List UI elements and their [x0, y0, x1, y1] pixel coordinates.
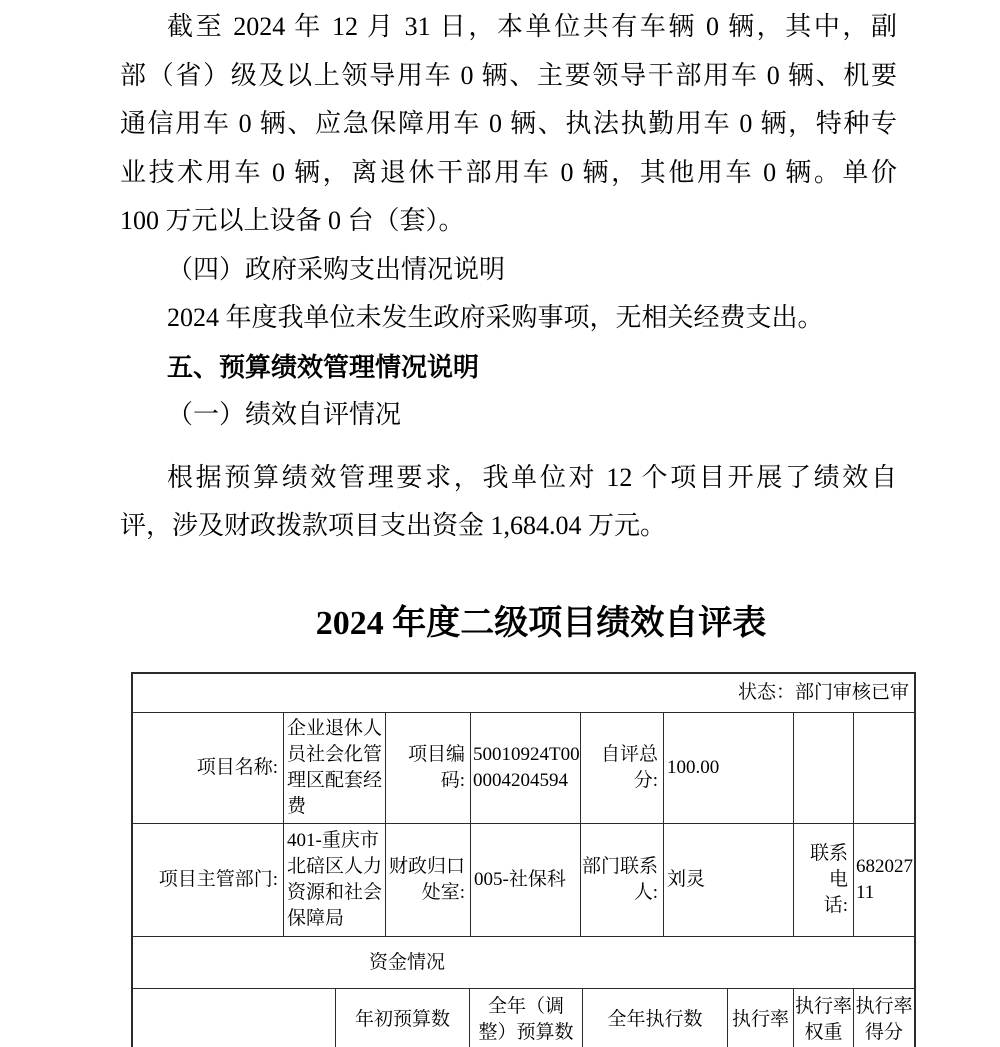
- doc-line-2: 部（省）级及以上领导用车 0 辆、主要领导干部用车 0 辆、机要: [120, 52, 897, 101]
- status-text: 状态：部门审核已审: [133, 674, 914, 712]
- project-code-value: 50010924T000004204594: [471, 713, 581, 823]
- doc-line-10: 根据预算绩效管理要求，我单位对 12 个项目开展了绩效自: [120, 454, 897, 503]
- doc-line-3: 通信用车 0 辆、应急保障用车 0 辆、执法执勤用车 0 辆，特种专: [120, 100, 897, 149]
- self-eval-score-label: 自评总 分:: [581, 713, 664, 823]
- project-name-label: 项目名称:: [133, 713, 284, 823]
- contact-phone-value: 68202711: [854, 824, 914, 936]
- self-eval-score-value: 100.00: [664, 713, 794, 823]
- funds-section-row: 资金情况: [133, 937, 914, 989]
- empty-cell-1: [794, 713, 854, 823]
- section-heading-5: 五、预算绩效管理情况说明: [120, 343, 897, 392]
- col-header-execution-rate-weight: 执行率 权重: [794, 989, 854, 1047]
- doc-line-11: 评，涉及财政拨款项目支出资金 1,684.04 万元。: [120, 502, 897, 551]
- project-code-label: 项目编 码:: [386, 713, 471, 823]
- empty-cell-2: [854, 713, 914, 823]
- col-header-annual-execution: 全年执行数: [583, 989, 728, 1047]
- subsection-heading-1: （一）绩效自评情况: [120, 391, 897, 440]
- finance-office-label: 财政归口 处室:: [386, 824, 471, 936]
- doc-line-4: 业技术用车 0 辆，离退休干部用车 0 辆，其他用车 0 辆。单价: [120, 149, 897, 198]
- contact-person-value: 刘灵: [664, 824, 794, 936]
- subsection-heading-4: （四）政府采购支出情况说明: [120, 246, 897, 295]
- doc-line-1: 截至 2024 年 12 月 31 日，本单位共有车辆 0 辆，其中，副: [120, 3, 897, 52]
- exec-header-row: 年初预算数 全年（调 整）预算数 全年执行数 执行率 执行率 权重 执行率 得分: [133, 989, 914, 1047]
- col-header-initial-budget: 年初预算数: [336, 989, 470, 1047]
- text-block: 截至 2024 年 12 月 31 日，本单位共有车辆 0 辆，其中，副 部（省…: [120, 3, 897, 551]
- department-info-row: 项目主管部门: 401-重庆市北碚区人力资源和社会保障局 财政归口 处室: 00…: [133, 824, 914, 937]
- document-page: 截至 2024 年 12 月 31 日，本单位共有车辆 0 辆，其中，副 部（省…: [0, 0, 1000, 1047]
- doc-line-7: 2024 年度我单位未发生政府采购事项，无相关经费支出。: [120, 294, 897, 343]
- dept-value: 401-重庆市北碚区人力资源和社会保障局: [284, 824, 386, 936]
- funds-section-title: 资金情况: [133, 937, 914, 988]
- contact-phone-label: 联系 电 话:: [794, 824, 854, 936]
- col-header-adjusted-budget: 全年（调 整）预算数: [470, 989, 583, 1047]
- dept-label: 项目主管部门:: [133, 824, 284, 936]
- self-evaluation-table: 状态：部门审核已审 项目名称: 企业退休人员社会化管理区配套经费 项目编 码: …: [131, 672, 916, 1047]
- table-title: 2024 年度二级项目绩效自评表: [132, 600, 915, 648]
- status-row: 状态：部门审核已审: [133, 674, 914, 713]
- finance-office-value: 005-社保科: [471, 824, 581, 936]
- empty-corner-cell: [133, 989, 336, 1047]
- col-header-execution-rate: 执行率: [728, 989, 794, 1047]
- contact-person-label: 部门联系 人:: [581, 824, 664, 936]
- doc-line-5: 100 万元以上设备 0 台（套）。: [120, 197, 897, 246]
- col-header-execution-rate-score: 执行率 得分: [854, 989, 914, 1047]
- project-name-value: 企业退休人员社会化管理区配套经费: [284, 713, 386, 823]
- project-info-row: 项目名称: 企业退休人员社会化管理区配套经费 项目编 码: 50010924T0…: [133, 713, 914, 824]
